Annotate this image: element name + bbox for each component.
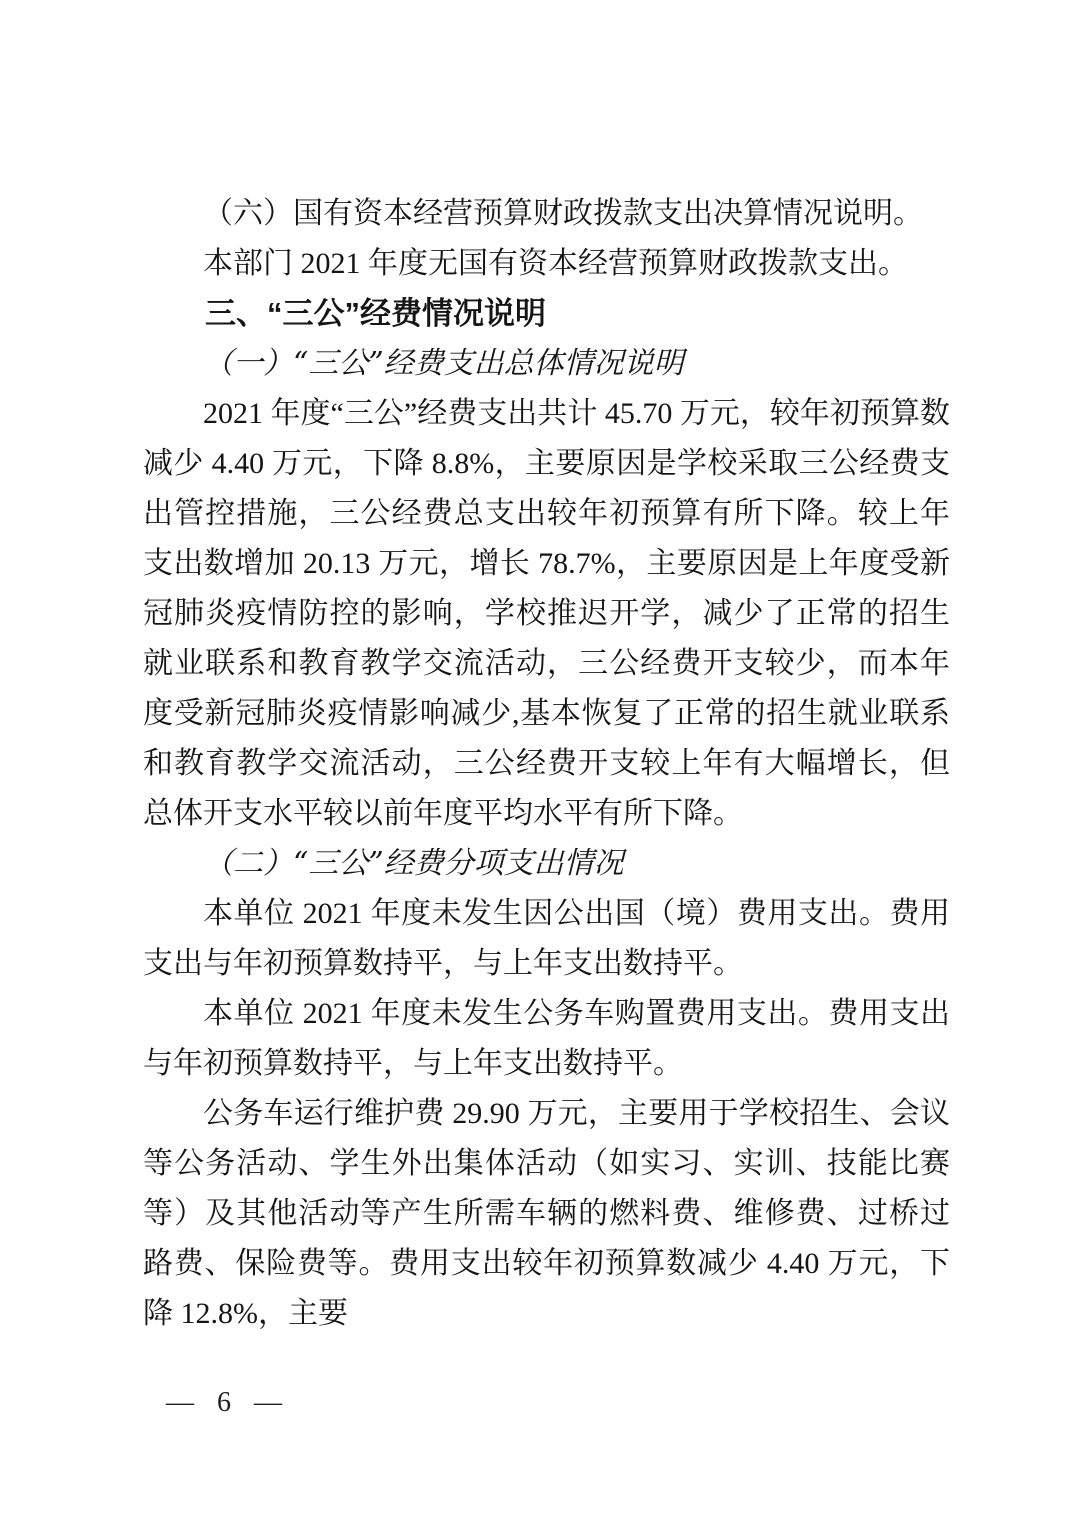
document-body: （六）国有资本经营预算财政拨款支出决算情况说明。 本部门 2021 年度无国有资… — [143, 189, 950, 1339]
page-number: — 6 — — [166, 1386, 290, 1420]
para-state-capital-budget-note: （六）国有资本经营预算财政拨款支出决算情况说明。 — [143, 189, 950, 239]
heading-three-public-funds: 三、“三公”经费情况说明 — [143, 289, 950, 339]
para-overall-expenditure-detail: 2021 年度“三公”经费支出共计 45.70 万元，较年初预算数减少 4.40… — [143, 389, 950, 839]
subheading-overall-expenditure: （一）“三公”经费支出总体情况说明 — [143, 339, 950, 389]
para-no-state-capital-expenditure: 本部门 2021 年度无国有资本经营预算财政拨款支出。 — [143, 239, 950, 289]
para-overseas-travel-expense: 本单位 2021 年度未发生因公出国（境）费用支出。费用支出与年初预算数持平，与… — [143, 889, 950, 989]
para-vehicle-purchase-expense: 本单位 2021 年度未发生公务车购置费用支出。费用支出与年初预算数持平，与上年… — [143, 989, 950, 1089]
subheading-itemized-expenditure: （二）“三公”经费分项支出情况 — [143, 839, 950, 889]
document-page: （六）国有资本经营预算财政拨款支出决算情况说明。 本部门 2021 年度无国有资… — [0, 0, 1074, 1520]
para-vehicle-maintenance-expense: 公务车运行维护费 29.90 万元，主要用于学校招生、会议等公务活动、学生外出集… — [143, 1089, 950, 1339]
